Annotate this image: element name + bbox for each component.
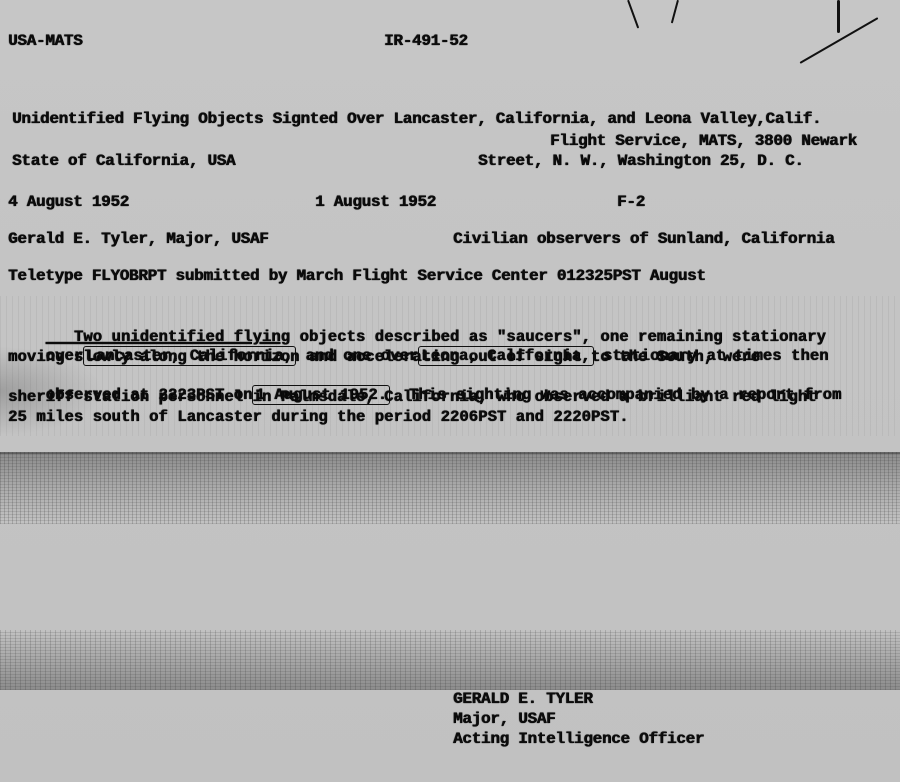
pen-mark [837, 0, 840, 33]
subject: Unidentified Flying Objects Signted Over… [12, 110, 821, 128]
document-page: USA-MATS IR-491-52 Unidentified Flying O… [0, 0, 900, 782]
scan-noise-band [0, 630, 900, 690]
date-of-report: 4 August 1952 [8, 193, 129, 211]
signature-rank: Major, USAF [453, 710, 555, 728]
body-line-6: 25 miles south of Lancaster during the p… [8, 408, 629, 426]
area: State of California, USA [12, 152, 235, 170]
signature-title: Acting Intelligence Officer [453, 730, 704, 748]
date-of-information: 1 August 1952 [315, 193, 436, 211]
source-line-2: Street, N. W., Washington 25, D. C. [478, 152, 804, 170]
source-of-information: Civilian observers of Sunland, Californi… [453, 230, 834, 248]
body-line-5: sheriff station personnel in Palmsdale, … [8, 388, 817, 406]
evaluation: F-2 [617, 193, 645, 211]
report-number: IR-491-52 [384, 32, 468, 50]
pen-mark [627, 0, 639, 29]
pen-mark [800, 17, 879, 64]
signature-name: GERALD E. TYLER [453, 690, 593, 708]
references: Teletype FLYOBRPT submitted by March Fli… [8, 267, 706, 285]
pen-mark [671, 0, 679, 23]
source-line-1: Flight Service, MATS, 3800 Newark [550, 132, 857, 150]
prepared-by: Gerald E. Tyler, Major, USAF [8, 230, 268, 248]
header-origin: USA-MATS [8, 32, 82, 50]
body-line-3: moving slowly along the horizon and acce… [8, 348, 760, 366]
scan-noise-band [0, 452, 900, 524]
